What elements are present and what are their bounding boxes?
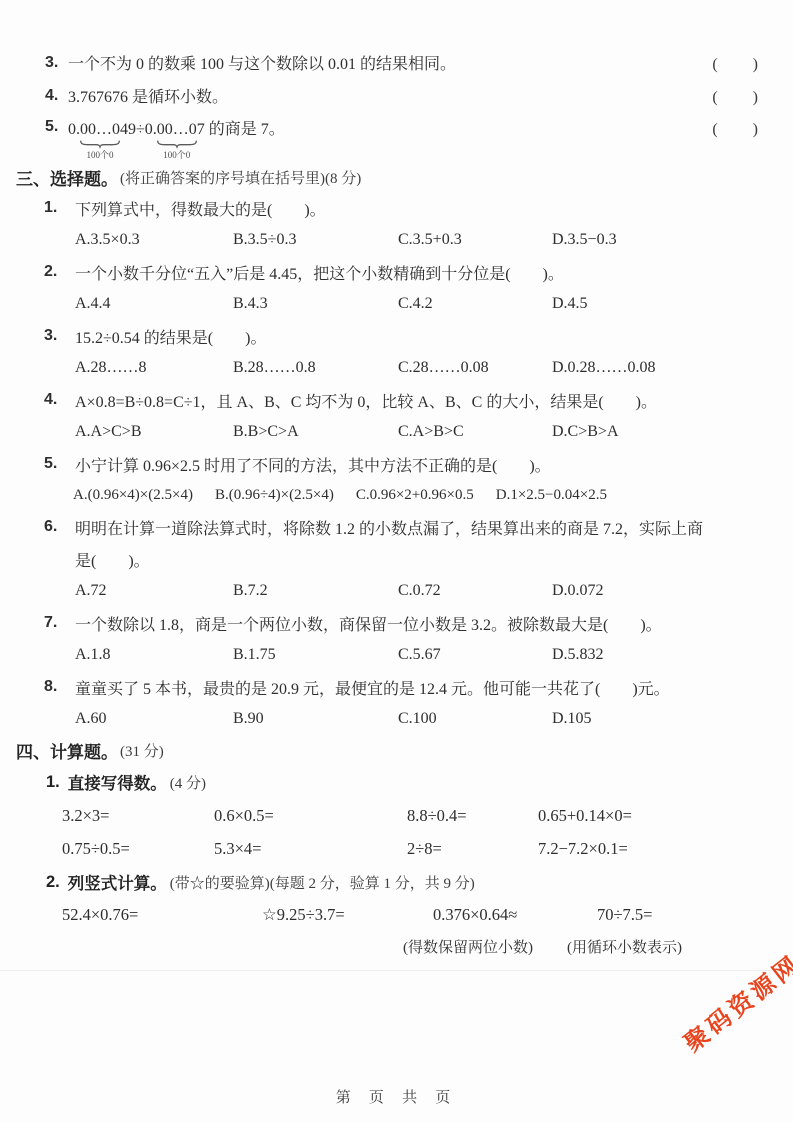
section-title: 计算题。	[50, 738, 118, 763]
option-c: C.3.5+0.3	[398, 231, 552, 249]
underbrace-icon	[80, 140, 120, 147]
mental-math-row-2: 0.75÷0.5= 5.3×4= 2÷8= 7.2−7.2×0.1=	[0, 832, 793, 865]
braced-zeros: 00…0100个0	[80, 121, 120, 139]
question-1: 1. 下列算式中，得数最大的是( )。	[0, 192, 793, 224]
option-c: C.0.72	[398, 582, 552, 600]
expression: 5.3×4=	[214, 839, 407, 859]
section-title: 选择题。	[50, 165, 118, 190]
answer-blank: ( )	[712, 84, 759, 107]
question-text: 一个数除以 1.8，商是一个两位小数，商保留一位小数是 3.2。被除数最大是( …	[75, 612, 773, 635]
option-b: B.B>C>A	[233, 423, 398, 441]
question-6: 6. 明明在计算一道除法算式时，将除数 1.2 的小数点漏了，结果算出来的商是 …	[0, 511, 793, 543]
question-text: 一个小数千分位“五入”后是 4.45，把这个小数精确到十分位是( )。	[75, 261, 773, 284]
section-note: (将正确答案的序号填在括号里)(8 分)	[120, 167, 361, 188]
brace-label: 100个0	[163, 148, 190, 161]
subsection-number: 2.	[46, 873, 60, 892]
option-b: B.28……0.8	[233, 359, 398, 377]
page-footer: 第 页 共 页	[0, 1086, 793, 1107]
underbrace-icon	[157, 140, 197, 147]
question-text: 童童买了 5 本书，最贵的是 20.9 元，最便宜的是 12.4 元。他可能一共…	[75, 676, 773, 699]
section3-heading: 三、 选择题。 (将正确答案的序号填在括号里)(8 分)	[0, 162, 793, 192]
option-a: A.3.5×0.3	[75, 231, 233, 249]
option-c: C.A>B>C	[398, 423, 552, 441]
option-a: A.60	[75, 710, 233, 728]
question-text: 小宁计算 0.96×2.5 时用了不同的方法，其中方法不正确的是( )。	[75, 453, 773, 476]
judge-item-number: 3.	[45, 54, 68, 72]
expression: 7.2−7.2×0.1=	[538, 839, 793, 859]
question-number: 3.	[44, 327, 75, 345]
subsection-note: (带☆的要验算)(每题 2 分，验算 1 分，共 9 分)	[170, 872, 475, 893]
options-row: A.4.4 B.4.3 C.4.2 D.4.5	[0, 288, 793, 320]
section-number: 三、	[16, 165, 50, 190]
expression: 0.6×0.5=	[214, 806, 407, 826]
question-number: 6.	[44, 518, 75, 536]
mental-math-row-1: 3.2×3= 0.6×0.5= 8.8÷0.4= 0.65+0.14×0=	[0, 799, 793, 832]
expression: 0.65+0.14×0=	[538, 806, 793, 826]
option-c: C.4.2	[398, 295, 552, 313]
option-d: D.C>B>A	[552, 423, 793, 441]
column-calc-row: 52.4×0.76= ☆9.25÷3.7= 0.376×0.64≈ 70÷7.5…	[0, 899, 793, 930]
options-row: A.A>C>B B.B>C>A C.A>B>C D.C>B>A	[0, 416, 793, 448]
answer-blank: ( )	[712, 51, 759, 74]
question-text: 是( )。	[75, 548, 150, 571]
option-d: D.0.28……0.08	[552, 359, 793, 377]
question-text: 明明在计算一道除法算式时，将除数 1.2 的小数点漏了，结果算出来的商是 7.2…	[75, 516, 773, 539]
question-number: 1.	[44, 199, 75, 217]
option-d: D.4.5	[552, 295, 793, 313]
subsection-number: 1.	[46, 773, 60, 792]
options-row: A.60 B.90 C.100 D.105	[0, 703, 793, 735]
judge-item-number: 5.	[45, 118, 68, 136]
subsection-title: 列竖式计算。	[68, 870, 167, 894]
question-text: A×0.8=B÷0.8=C÷1，且 A、B、C 均不为 0，比较 A、B、C 的…	[75, 389, 773, 412]
question-7: 7. 一个数除以 1.8，商是一个两位小数，商保留一位小数是 3.2。被除数最大…	[0, 607, 793, 639]
worksheet-page: 3. 一个不为 0 的数乘 100 与这个数除以 0.01 的结果相同。 ( )…	[0, 0, 793, 1122]
option-d: D.1×2.5−0.04×2.5	[496, 487, 607, 504]
option-b: B.1.75	[233, 646, 398, 664]
option-d: D.0.072	[552, 582, 793, 600]
judge-item-text: 3.767676 是循环小数。	[68, 84, 712, 107]
option-b: B.3.5÷0.3	[233, 231, 398, 249]
subsection1-heading: 1. 直接写得数。 (4 分)	[0, 765, 793, 799]
expression: 0.376×0.64≈	[433, 905, 597, 925]
option-b: B.4.3	[233, 295, 398, 313]
option-c: C.100	[398, 710, 552, 728]
options-row: A.72 B.7.2 C.0.72 D.0.072	[0, 575, 793, 607]
expression: 52.4×0.76=	[62, 905, 262, 925]
question-8: 8. 童童买了 5 本书，最贵的是 20.9 元，最便宜的是 12.4 元。他可…	[0, 671, 793, 703]
question-text: 15.2÷0.54 的结果是( )。	[75, 325, 773, 348]
option-b: B.7.2	[233, 582, 398, 600]
expr-part: 7 的商是 7。	[197, 121, 285, 138]
option-a: A.4.4	[75, 295, 233, 313]
judge-item-text: 一个不为 0 的数乘 100 与这个数除以 0.01 的结果相同。	[68, 51, 712, 74]
option-b: B.(0.96÷4)×(2.5×4)	[215, 487, 334, 504]
section4-heading: 四、 计算题。 (31 分)	[0, 735, 793, 765]
subsection-title: 直接写得数。	[68, 770, 167, 794]
option-a: A.72	[75, 582, 233, 600]
brace-label: 100个0	[86, 148, 113, 161]
judge-item-4: 4. 3.767676 是循环小数。 ( )	[0, 79, 793, 112]
question-4: 4. A×0.8=B÷0.8=C÷1，且 A、B、C 均不为 0，比较 A、B、…	[0, 384, 793, 416]
expression: 3.2×3=	[62, 806, 214, 826]
option-c: C.28……0.08	[398, 359, 552, 377]
question-5: 5. 小宁计算 0.96×2.5 时用了不同的方法，其中方法不正确的是( )。	[0, 448, 793, 480]
option-d: D.3.5−0.3	[552, 231, 793, 249]
question-number: 2.	[44, 263, 75, 281]
option-a: A.A>C>B	[75, 423, 233, 441]
expression: 70÷7.5=	[597, 905, 793, 925]
expression: 0.75÷0.5=	[62, 839, 214, 859]
expression: ☆9.25÷3.7=	[262, 905, 433, 925]
options-row: A.1.8 B.1.75 C.5.67 D.5.832	[0, 639, 793, 671]
braced-zeros: 00…0100个0	[157, 121, 197, 139]
section-number: 四、	[16, 738, 50, 763]
worksheet-content: 3. 一个不为 0 的数乘 100 与这个数除以 0.01 的结果相同。 ( )…	[0, 0, 793, 962]
question-number: 5.	[44, 455, 75, 473]
question-6-continuation: 是( )。	[0, 543, 793, 575]
judge-item-5: 5. 0.00…0100个049÷0.00…0100个07 的商是 7。 ( )	[0, 112, 793, 142]
calc-note: (得数保留两位小数)	[403, 936, 533, 957]
section-note: (31 分)	[120, 740, 164, 761]
option-d: D.5.832	[552, 646, 793, 664]
options-row: A.(0.96×4)×(2.5×4) B.(0.96÷4)×(2.5×4) C.…	[0, 480, 793, 511]
option-a: A.(0.96×4)×(2.5×4)	[73, 487, 193, 504]
expr-part: 49÷0.	[120, 121, 157, 138]
expression: 2÷8=	[407, 839, 538, 859]
option-d: D.105	[552, 710, 793, 728]
option-c: C.0.96×2+0.96×0.5	[356, 487, 474, 504]
subsection2-heading: 2. 列竖式计算。 (带☆的要验算)(每题 2 分，验算 1 分，共 9 分)	[0, 865, 793, 899]
calc-notes-row: (得数保留两位小数) (用循环小数表示)	[0, 930, 793, 962]
option-a: A.1.8	[75, 646, 233, 664]
judge-item-3: 3. 一个不为 0 的数乘 100 与这个数除以 0.01 的结果相同。 ( )	[0, 46, 793, 79]
judge-item-number: 4.	[45, 87, 68, 105]
option-b: B.90	[233, 710, 398, 728]
question-text: 下列算式中，得数最大的是( )。	[75, 197, 773, 220]
calc-note: (用循环小数表示)	[567, 936, 682, 957]
options-row: A.3.5×0.3 B.3.5÷0.3 C.3.5+0.3 D.3.5−0.3	[0, 224, 793, 256]
expression: 8.8÷0.4=	[407, 806, 538, 826]
option-a: A.28……8	[75, 359, 233, 377]
question-number: 7.	[44, 614, 75, 632]
question-3: 3. 15.2÷0.54 的结果是( )。	[0, 320, 793, 352]
page-divider-line	[0, 970, 793, 971]
question-2: 2. 一个小数千分位“五入”后是 4.45，把这个小数精确到十分位是( )。	[0, 256, 793, 288]
judge-item-text: 0.00…0100个049÷0.00…0100个07 的商是 7。	[68, 116, 712, 139]
question-number: 4.	[44, 391, 75, 409]
options-row: A.28……8 B.28……0.8 C.28……0.08 D.0.28……0.0…	[0, 352, 793, 384]
subsection-note: (4 分)	[170, 772, 206, 793]
answer-blank: ( )	[712, 116, 759, 139]
expr-part: 0.	[68, 121, 80, 138]
option-c: C.5.67	[398, 646, 552, 664]
question-number: 8.	[44, 678, 75, 696]
